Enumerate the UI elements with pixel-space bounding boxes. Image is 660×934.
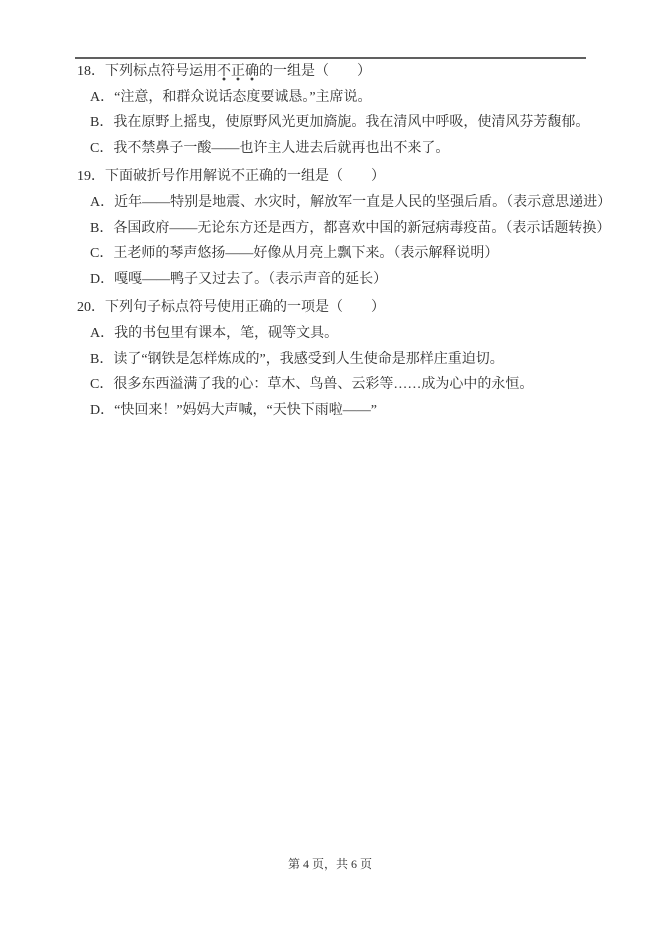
option-text: 各国政府——无论东方还是西方，都喜欢中国的新冠病毒疫苗。（表示话题转换） bbox=[113, 221, 610, 236]
question-20: 20．下列句子标点符号使用正确的一项是（ ） A．我的书包里有课本，笔，砚等文具… bbox=[0, 295, 660, 423]
option-text: 我在原野上摇曳，使原野风光更加旖旎。我在清风中呼吸，使清风芬芳馥郁。 bbox=[113, 115, 589, 130]
question-19-option-a: A．近年——特别是地震、水灾时，解放军一直是人民的坚强后盾。（表示意思递进） bbox=[0, 190, 660, 216]
page-content: 18．下列标点符号运用不正确的一组是（ ） A．“注意，和群众说话态度要诚恳。”… bbox=[0, 59, 660, 423]
option-label: C． bbox=[90, 246, 113, 261]
option-label: D． bbox=[90, 403, 114, 418]
question-18-option-b: B．我在原野上摇曳，使原野风光更加旖旎。我在清风中呼吸，使清风芬芳馥郁。 bbox=[0, 110, 660, 136]
question-18-text-post: 的一组是（ ） bbox=[259, 64, 371, 79]
option-text: 我不禁鼻子一酸——也许主人进去后就再也出不来了。 bbox=[113, 141, 449, 156]
question-19-option-d: D．嘎嘎——鸭子又过去了。（表示声音的延长） bbox=[0, 267, 660, 293]
question-19-text-pre: 下面破折号作用解说不正确的一组是（ ） bbox=[105, 169, 385, 184]
option-label: B． bbox=[90, 115, 113, 130]
question-19: 19．下面破折号作用解说不正确的一组是（ ） A．近年——特别是地震、水灾时，解… bbox=[0, 164, 660, 292]
question-20-option-d: D．“快回来！”妈妈大声喊，“天快下雨啦——” bbox=[0, 398, 660, 424]
option-text: 很多东西溢满了我的心：草木、鸟兽、云彩等……成为心中的永恒。 bbox=[113, 377, 533, 392]
option-text: 王老师的琴声悠扬——好像从月亮上飘下来。（表示解释说明） bbox=[113, 246, 498, 261]
option-label: B． bbox=[90, 221, 113, 236]
option-label: C． bbox=[90, 141, 113, 156]
option-label: C． bbox=[90, 377, 113, 392]
page-number-footer: 第 4 页，共 6 页 bbox=[0, 855, 660, 872]
question-19-option-c: C．王老师的琴声悠扬——好像从月亮上飘下来。（表示解释说明） bbox=[0, 241, 660, 267]
option-text: “快回来！”妈妈大声喊，“天快下雨啦——” bbox=[114, 403, 377, 418]
question-18-text-pre: 下列标点符号运用 bbox=[105, 64, 217, 79]
option-text: “注意，和群众说话态度要诚恳。”主席说。 bbox=[114, 90, 371, 105]
option-text: 近年——特别是地震、水灾时，解放军一直是人民的坚强后盾。（表示意思递进） bbox=[114, 195, 611, 210]
question-18-option-a: A．“注意，和群众说话态度要诚恳。”主席说。 bbox=[0, 85, 660, 111]
question-18-option-c: C．我不禁鼻子一酸——也许主人进去后就再也出不来了。 bbox=[0, 136, 660, 162]
question-20-title: 20．下列句子标点符号使用正确的一项是（ ） bbox=[0, 295, 660, 321]
question-20-text-pre: 下列句子标点符号使用正确的一项是（ ） bbox=[105, 300, 385, 315]
question-20-option-a: A．我的书包里有课本，笔，砚等文具。 bbox=[0, 321, 660, 347]
question-18-number: 18． bbox=[77, 64, 105, 79]
question-19-title: 19．下面破折号作用解说不正确的一组是（ ） bbox=[0, 164, 660, 190]
question-18-text-emphasized: 不正确 bbox=[217, 64, 259, 81]
option-label: A． bbox=[90, 90, 114, 105]
question-18: 18．下列标点符号运用不正确的一组是（ ） A．“注意，和群众说话态度要诚恳。”… bbox=[0, 59, 660, 161]
option-label: A． bbox=[90, 326, 114, 341]
option-label: B． bbox=[90, 352, 113, 367]
option-text: 嘎嘎——鸭子又过去了。（表示声音的延长） bbox=[114, 272, 387, 287]
option-text: 我的书包里有课本，笔，砚等文具。 bbox=[114, 326, 338, 341]
option-label: A． bbox=[90, 195, 114, 210]
question-20-option-c: C．很多东西溢满了我的心：草木、鸟兽、云彩等……成为心中的永恒。 bbox=[0, 372, 660, 398]
option-text: 读了“钢铁是怎样炼成的”，我感受到人生使命是那样庄重迫切。 bbox=[113, 352, 503, 367]
option-label: D． bbox=[90, 272, 114, 287]
question-20-option-b: B．读了“钢铁是怎样炼成的”，我感受到人生使命是那样庄重迫切。 bbox=[0, 347, 660, 373]
question-19-option-b: B．各国政府——无论东方还是西方，都喜欢中国的新冠病毒疫苗。（表示话题转换） bbox=[0, 216, 660, 242]
question-19-number: 19． bbox=[77, 169, 105, 184]
question-20-number: 20． bbox=[77, 300, 105, 315]
question-18-title: 18．下列标点符号运用不正确的一组是（ ） bbox=[0, 59, 660, 85]
